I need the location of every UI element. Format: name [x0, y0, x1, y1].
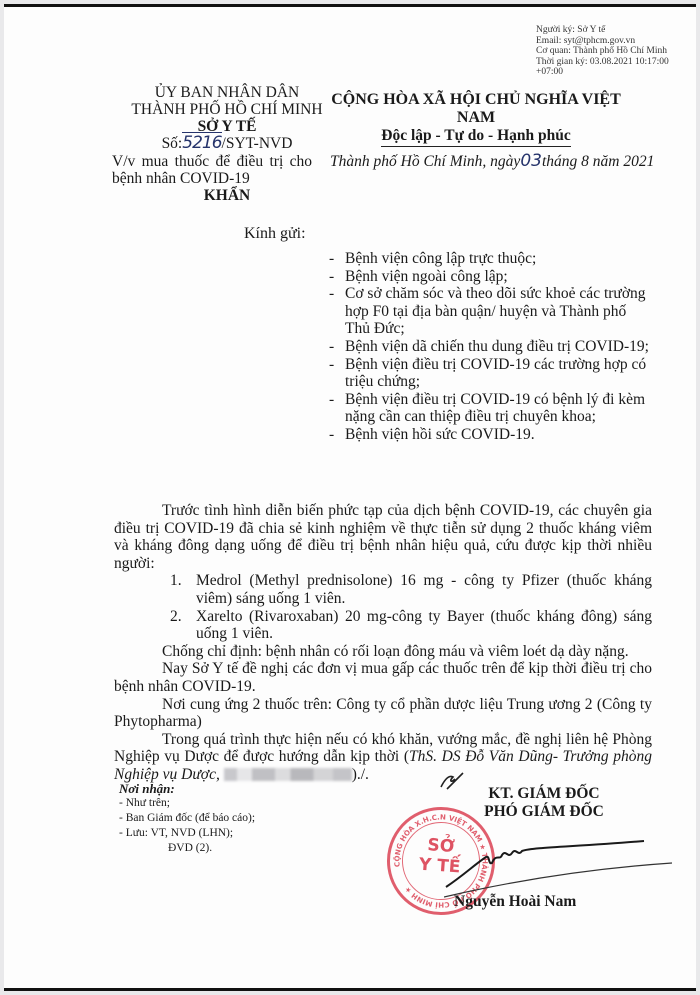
signature-line: +07:00 [536, 67, 696, 78]
authority-line: ỦY BAN NHÂN DÂN [112, 84, 342, 101]
national-motto: Độc lập - Tự do - Hạnh phúc [381, 127, 570, 147]
greeting: Kính gửi: [244, 225, 306, 243]
recipient-item: -Bệnh viện hồi sức COVID-19. [329, 426, 649, 444]
distribution-item: - Như trên; [119, 796, 255, 811]
handwritten-day: 03 [520, 151, 542, 171]
urgency-label: KHẨN [112, 187, 342, 205]
intro-paragraph: Trước tình hình diễn biến phức tạp của d… [114, 502, 652, 572]
authority-line: THÀNH PHỐ HỒ CHÍ MINH [112, 101, 342, 118]
digital-signature-block: Người ký: Sở Y tế Email: syt@tphcm.gov.v… [536, 25, 696, 78]
signature-line: Email: syt@tphcm.gov.vn [536, 36, 696, 47]
redacted-phone [224, 768, 352, 781]
distribution-item: ĐVD (2). [119, 841, 255, 856]
recipient-item: -Bệnh viện điều trị COVID-19 có bệnh lý … [329, 391, 649, 426]
recipient-item: -Bệnh viện công lập trực thuộc; [329, 250, 649, 268]
signature-line: Người ký: Sở Y tế [536, 25, 696, 36]
document-number: Số:5216/SYT-NVD [112, 135, 342, 152]
request-paragraph: Nay Sở Y tế đề nghị các đơn vị mua gấp c… [114, 660, 652, 695]
distribution-item: - Ban Giám đốc (để báo cáo); [119, 811, 255, 826]
issue-date: Thành phố Hồ Chí Minh, ngày03tháng 8 năm… [330, 151, 654, 171]
contact-paragraph: Trong quá trình thực hiện nếu có khó khă… [114, 731, 652, 784]
contraindication-paragraph: Chống chỉ định: bệnh nhân có rối loạn đô… [114, 643, 652, 661]
nation-title: CỘNG HÒA XÃ HỘI CHỦ NGHĨA VIỆT NAM [326, 91, 626, 127]
signer-title-line: PHÓ GIÁM ĐỐC [444, 803, 644, 821]
date-suffix: tháng 8 năm 2021 [542, 153, 654, 170]
signer-name: Nguyễn Hoài Nam [454, 893, 576, 911]
supplier-paragraph: Nơi cung ứng 2 thuốc trên: Công ty cổ ph… [114, 696, 652, 731]
signer-title: KT. GIÁM ĐỐC PHÓ GIÁM ĐỐC [444, 785, 644, 821]
issuing-authority: ỦY BAN NHÂN DÂN THÀNH PHỐ HỒ CHÍ MINH SỞ… [112, 84, 342, 152]
initials-mark-icon [437, 769, 465, 791]
number-label: Số: [162, 135, 183, 152]
recipient-item: -Bệnh viện ngoài công lập; [329, 268, 649, 286]
recipient-item: -Bệnh viện điều trị COVID-19 các trường … [329, 356, 649, 391]
drug-item: 2.Xarelto (Rivaroxaban) 20 mg-công ty Ba… [114, 608, 652, 643]
distribution-item: - Lưu: VT, NVD (LHN); [119, 826, 255, 841]
document-body: Trước tình hình diễn biến phức tạp của d… [114, 502, 652, 784]
department-name: SỞ Y TẾ [112, 118, 342, 135]
date-prefix: Thành phố Hồ Chí Minh, ngày [330, 153, 520, 170]
drug-item: 1.Medrol (Methyl prednisolone) 16 mg - c… [114, 572, 652, 607]
signature-line: Thời gian ký: 03.08.2021 10:17:00 [536, 57, 696, 68]
document-page: Người ký: Sở Y tế Email: syt@tphcm.gov.v… [4, 4, 696, 991]
number-suffix: /SYT-NVD [222, 135, 293, 152]
recipient-item: -Cơ sở chăm sóc và theo dõi sức khoẻ các… [329, 285, 649, 338]
signature-line: Cơ quan: Thành phố Hồ Chí Minh [536, 46, 696, 57]
distribution-list: Nơi nhận: - Như trên; - Ban Giám đốc (để… [119, 781, 255, 856]
national-header: CỘNG HÒA XÃ HỘI CHỦ NGHĨA VIỆT NAM Độc l… [326, 91, 626, 147]
signer-title-line: KT. GIÁM ĐỐC [444, 785, 644, 803]
handwritten-number: 5216 [182, 132, 221, 153]
recipient-list: -Bệnh viện công lập trực thuộc; -Bệnh vi… [329, 250, 649, 444]
recipient-item: -Bệnh viện dã chiến thu dung điều trị CO… [329, 338, 649, 356]
distribution-heading: Nơi nhận: [119, 781, 255, 796]
subject-line: V/v mua thuốc để điều trị cho bệnh nhân … [112, 153, 312, 187]
